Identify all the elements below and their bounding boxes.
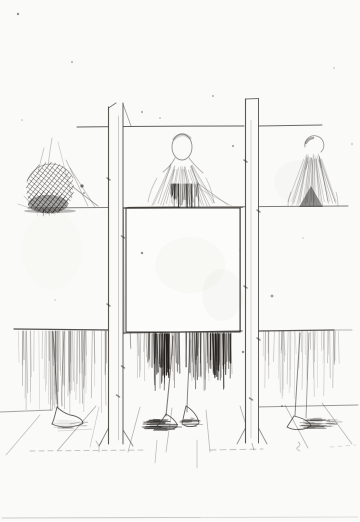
- ink-speck: [71, 61, 73, 63]
- ink-speck: [333, 67, 335, 69]
- ink-speck: [141, 252, 143, 254]
- ink-speck: [239, 249, 241, 251]
- ink-speck: [17, 13, 19, 15]
- ink-speck: [271, 295, 274, 298]
- sketch-canvas: [0, 0, 360, 522]
- ink-speck: [141, 111, 143, 113]
- ink-speck: [159, 117, 161, 119]
- ink-speck: [232, 145, 234, 147]
- ink-speck: [281, 405, 283, 407]
- sketch-drawing: [0, 0, 360, 522]
- ink-speck: [212, 95, 214, 97]
- ink-speck: [54, 299, 56, 301]
- ink-speck: [351, 143, 353, 145]
- ink-speck: [83, 192, 85, 194]
- ink-speck: [80, 184, 83, 187]
- ink-speck: [21, 119, 23, 121]
- central-panel-left-double-edge: [124, 209, 125, 334]
- shelf-line-overdraw: [128, 207, 180, 208]
- left-head-shelf-shadow: [24, 209, 76, 213]
- ink-speck: [302, 237, 304, 239]
- ink-speck: [242, 351, 244, 353]
- right-post-top-cap: [246, 99, 259, 100]
- central-panel: [122, 207, 243, 334]
